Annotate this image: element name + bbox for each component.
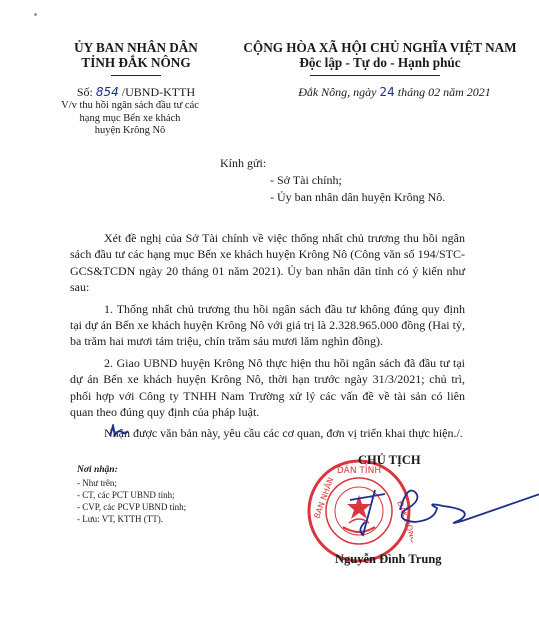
signatory-title: CHỦ TỊCH bbox=[358, 453, 421, 468]
distribution-item: - CT, các PCT UBND tỉnh; bbox=[77, 489, 186, 501]
recipients-block: Kính gửi: - Sở Tài chính; - Ủy ban nhân … bbox=[220, 155, 445, 206]
letter-body: Xét đề nghị của Sở Tài chính về việc thố… bbox=[70, 230, 465, 447]
svg-text:BAN NHÂN: BAN NHÂN bbox=[311, 476, 336, 520]
handwritten-number: 854 bbox=[96, 85, 119, 99]
agency-line-1: ỦY BAN NHÂN DÂN bbox=[62, 40, 210, 55]
subject-line: hạng mục Bến xe khách bbox=[40, 113, 220, 126]
distribution-item: - Lưu: VT, KTTH (TT). bbox=[77, 513, 186, 525]
subject-line: huyện Krông Nô bbox=[40, 125, 220, 138]
document-number: Số: 854 /UBND-KTTH bbox=[62, 85, 210, 100]
signature-icon bbox=[345, 480, 539, 540]
distribution-item: - Như trên; bbox=[77, 477, 186, 489]
agency-underline bbox=[111, 75, 161, 76]
nation-motto: Độc lập - Tự do - Hạnh phúc bbox=[222, 55, 538, 70]
body-paragraph: Xét đề nghị của Sở Tài chính về việc thố… bbox=[70, 230, 465, 296]
subject-line: V/v thu hồi ngân sách đầu tư các bbox=[40, 100, 220, 113]
subject-summary: V/v thu hồi ngân sách đầu tư các hạng mụ… bbox=[40, 100, 220, 138]
handwritten-initials-icon bbox=[108, 424, 130, 438]
nation-line-1: CỘNG HÒA XÃ HỘI CHỦ NGHĨA VIỆT NAM bbox=[222, 40, 538, 55]
distribution-list: Nơi nhận: - Như trên; - CT, các PCT UBND… bbox=[77, 464, 186, 525]
motto-underline bbox=[310, 75, 440, 76]
date-prefix: Đắk Nông, ngày bbox=[298, 85, 379, 99]
distribution-title: Nơi nhận: bbox=[77, 464, 186, 476]
recipient-item: - Ủy ban nhân dân huyện Krông Nô. bbox=[220, 189, 445, 206]
scan-speck bbox=[34, 13, 37, 16]
recipient-item: - Sở Tài chính; bbox=[220, 172, 445, 189]
handwritten-day: 24 bbox=[380, 85, 395, 99]
doc-number-suffix: /UBND-KTTH bbox=[119, 85, 195, 99]
doc-number-prefix: Số: bbox=[77, 85, 96, 99]
recipients-label: Kính gửi: bbox=[220, 155, 445, 172]
issuing-agency: ỦY BAN NHÂN DÂN TỈNH ĐẮK NÔNG bbox=[62, 40, 210, 70]
body-paragraph: 1. Thống nhất chủ trương thu hồi ngân sá… bbox=[70, 301, 465, 350]
date-suffix: tháng 02 năm 2021 bbox=[395, 85, 491, 99]
distribution-item: - CVP, các PCVP UBND tỉnh; bbox=[77, 501, 186, 513]
body-paragraph: 2. Giao UBND huyện Krông Nô thực hiện th… bbox=[70, 355, 465, 421]
national-heading: CỘNG HÒA XÃ HỘI CHỦ NGHĨA VIỆT NAM Độc l… bbox=[222, 40, 538, 70]
document-date: Đắk Nông, ngày 24 tháng 02 năm 2021 bbox=[250, 85, 539, 100]
agency-line-2: TỈNH ĐẮK NÔNG bbox=[62, 55, 210, 70]
signatory-name: Nguyễn Đình Trung bbox=[335, 552, 442, 567]
